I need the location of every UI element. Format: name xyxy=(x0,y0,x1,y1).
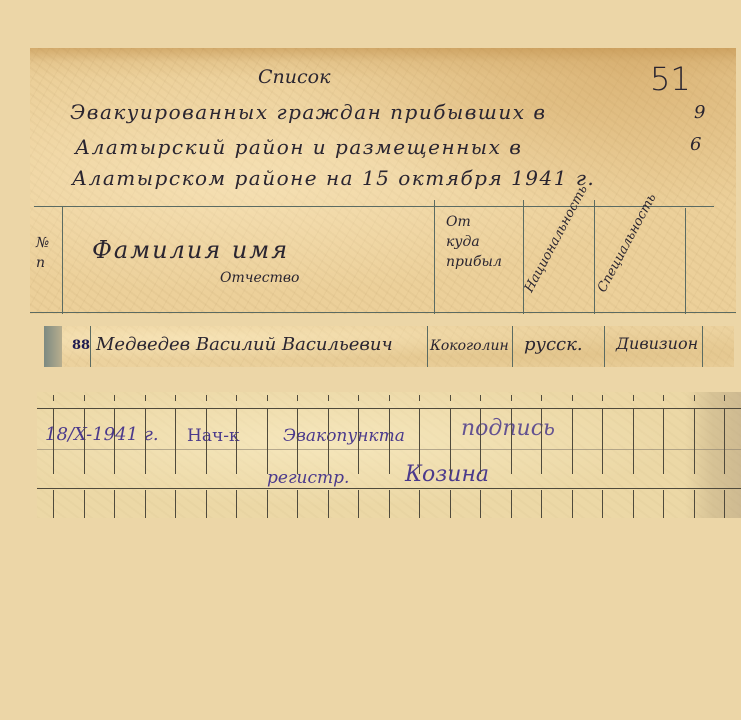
grid-tick xyxy=(175,395,176,401)
grid-tick xyxy=(53,395,54,401)
column-divider xyxy=(604,326,605,367)
grid-tick xyxy=(419,395,420,401)
row-origin: Кокоголин xyxy=(430,338,509,354)
grid-rule xyxy=(37,488,741,489)
grid-column-line xyxy=(267,408,268,474)
column-divider xyxy=(427,326,428,367)
column-header-name: Фамилия имя xyxy=(92,236,289,264)
grid-column-line xyxy=(358,490,359,518)
description-line-1: Эвакуированных граждан прибывших в xyxy=(70,100,546,124)
grid-tick xyxy=(389,395,390,401)
grid-column-line xyxy=(358,408,359,474)
document-viewer: Список 51 Эвакуированных граждан прибывш… xyxy=(0,0,741,720)
row-nationality: русск. xyxy=(524,334,583,355)
grid-column-line xyxy=(450,408,451,474)
table-row-fragment: 88 Медведев Василий Васильевич Кокоголин… xyxy=(44,326,734,367)
grid-column-line xyxy=(602,490,603,518)
grid-tick xyxy=(450,395,451,401)
row-specialty: Дивизион xyxy=(616,334,698,353)
grid-column-line xyxy=(328,490,329,518)
column-divider xyxy=(702,326,703,367)
grid-column-line xyxy=(236,490,237,518)
grid-column-line xyxy=(541,408,542,474)
grid-tick xyxy=(511,395,512,401)
page-number: 51 xyxy=(650,60,691,98)
grid-tick xyxy=(267,395,268,401)
grid-column-line xyxy=(419,490,420,518)
footer-date: 18/X-1941 г. xyxy=(45,424,159,445)
grid-tick xyxy=(572,395,573,401)
grid-column-line xyxy=(450,490,451,518)
grid-column-line xyxy=(694,490,695,518)
footer-position-1b: Эвакопункта xyxy=(283,426,405,446)
grid-column-line xyxy=(633,490,634,518)
grid-column-line xyxy=(480,490,481,518)
grid-column-line xyxy=(84,490,85,518)
column-divider xyxy=(90,326,91,367)
grid-column-line xyxy=(541,490,542,518)
grid-tick xyxy=(114,395,115,401)
grid-column-line xyxy=(84,408,85,474)
grid-column-line xyxy=(694,408,695,474)
grid-tick xyxy=(206,395,207,401)
grid-column-line xyxy=(511,408,512,474)
grid-tick xyxy=(602,395,603,401)
column-header-number: № п xyxy=(36,233,49,273)
grid-tick xyxy=(633,395,634,401)
grid-column-line xyxy=(175,490,176,518)
column-divider xyxy=(685,208,686,314)
grid-column-line xyxy=(53,490,54,518)
grid-tick xyxy=(84,395,85,401)
column-divider xyxy=(594,200,595,314)
table-top-rule xyxy=(34,206,714,207)
footer-position-2: регистр. xyxy=(267,468,349,488)
description-line-2: Алатырский район и размещенных в xyxy=(75,135,522,159)
grid-column-line xyxy=(236,408,237,474)
grid-column-line xyxy=(53,408,54,474)
signature-2: Козина xyxy=(405,462,489,487)
grid-column-line xyxy=(297,490,298,518)
grid-column-line xyxy=(663,490,664,518)
grid-column-line xyxy=(206,408,207,474)
grid-tick xyxy=(145,395,146,401)
grid-column-line xyxy=(633,408,634,474)
column-header-origin: От куда прибыл xyxy=(446,212,502,272)
grid-tick xyxy=(297,395,298,401)
row-full-name: Медведев Василий Васильевич xyxy=(96,334,393,355)
table-header-bottom-rule xyxy=(30,312,736,313)
grid-column-line xyxy=(419,408,420,474)
row-number: 88 xyxy=(72,338,90,353)
grid-column-line xyxy=(602,408,603,474)
grid-column-line xyxy=(663,408,664,474)
signature-fragment: 18/X-1941 г. Нач-к Эвакопункта подпись р… xyxy=(37,392,741,518)
grid-column-line xyxy=(145,408,146,474)
binding-edge xyxy=(44,326,62,367)
grid-column-line xyxy=(572,408,573,474)
column-divider xyxy=(512,326,513,367)
grid-column-line xyxy=(175,408,176,474)
grid-column-line xyxy=(511,490,512,518)
grid-column-line xyxy=(297,408,298,474)
column-header-patronymic: Отчество xyxy=(220,270,299,286)
grid-column-line xyxy=(724,408,725,474)
grid-column-line xyxy=(572,490,573,518)
grid-tick xyxy=(328,395,329,401)
description-line-3: Алатырском районе на 15 октября 1941 г. xyxy=(72,166,595,190)
grid-column-line xyxy=(724,490,725,518)
grid-tick xyxy=(480,395,481,401)
grid-column-line xyxy=(480,408,481,474)
grid-column-line xyxy=(328,408,329,474)
document-header-fragment: Список 51 Эвакуированных граждан прибывш… xyxy=(30,48,736,314)
margin-mark-2: 6 xyxy=(690,134,701,155)
grid-column-line xyxy=(114,408,115,474)
grid-column-line xyxy=(267,490,268,518)
column-divider xyxy=(434,200,435,314)
grid-tick xyxy=(694,395,695,401)
column-divider xyxy=(523,200,524,314)
grid-tick xyxy=(236,395,237,401)
grid-column-line xyxy=(114,490,115,518)
grid-column-line xyxy=(389,408,390,474)
grid-tick xyxy=(358,395,359,401)
grid-column-line xyxy=(389,490,390,518)
grid-tick xyxy=(663,395,664,401)
column-header-nationality: Национальность xyxy=(522,183,591,295)
grid-column-line xyxy=(145,490,146,518)
margin-mark-1: 9 xyxy=(694,102,705,123)
grid-tick xyxy=(724,395,725,401)
footer-position-1: Нач-к xyxy=(187,426,240,446)
column-divider xyxy=(62,206,63,314)
grid-column-line xyxy=(206,490,207,518)
document-title: Список xyxy=(258,66,330,88)
grid-tick xyxy=(541,395,542,401)
